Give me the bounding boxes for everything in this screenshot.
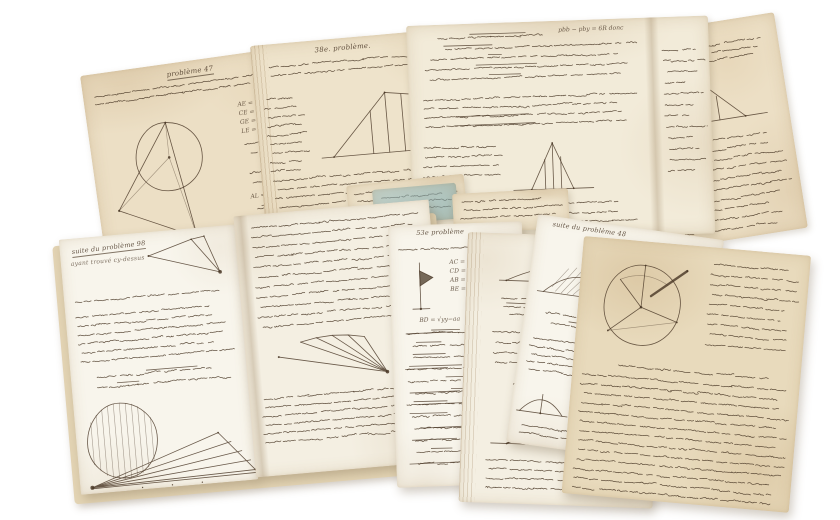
photograph-stage: problème 47 AE = a CE = y GE = x LE = d …	[0, 0, 840, 520]
converging-lines-triangle-diagram	[141, 229, 237, 289]
handwriting-lines	[603, 356, 771, 383]
handwriting-lines	[570, 368, 792, 508]
fan-of-lines-diagram	[272, 325, 400, 390]
heading-probleme-47: problème 47	[166, 64, 214, 80]
small-half-circle-diagram	[514, 379, 574, 422]
flag-on-line-diagram	[399, 258, 443, 315]
equation-fragment: pbb − pby = 6R donc	[558, 24, 623, 33]
handwriting-lines	[73, 299, 242, 373]
handwriting-lines	[419, 38, 642, 92]
equation-fragment: BD = √yy−aa	[419, 316, 460, 324]
circle-with-chords-diagram	[586, 245, 707, 360]
notebook-left-page: suite du problème 98 ayant trouvé cy-des…	[59, 224, 259, 495]
handwriting-lines	[418, 27, 552, 44]
handwriting-lines	[702, 259, 802, 361]
manuscript-sheet-dense-notes	[562, 236, 812, 513]
handwriting-lines	[661, 44, 710, 175]
heading-probleme-53: 53e problème	[416, 227, 464, 237]
notebook-spine	[644, 17, 666, 235]
hatched-circle-fan-diagram	[75, 386, 259, 495]
handwriting-lines	[420, 88, 643, 138]
heading-probleme-38: 38e. problème.	[314, 41, 371, 54]
